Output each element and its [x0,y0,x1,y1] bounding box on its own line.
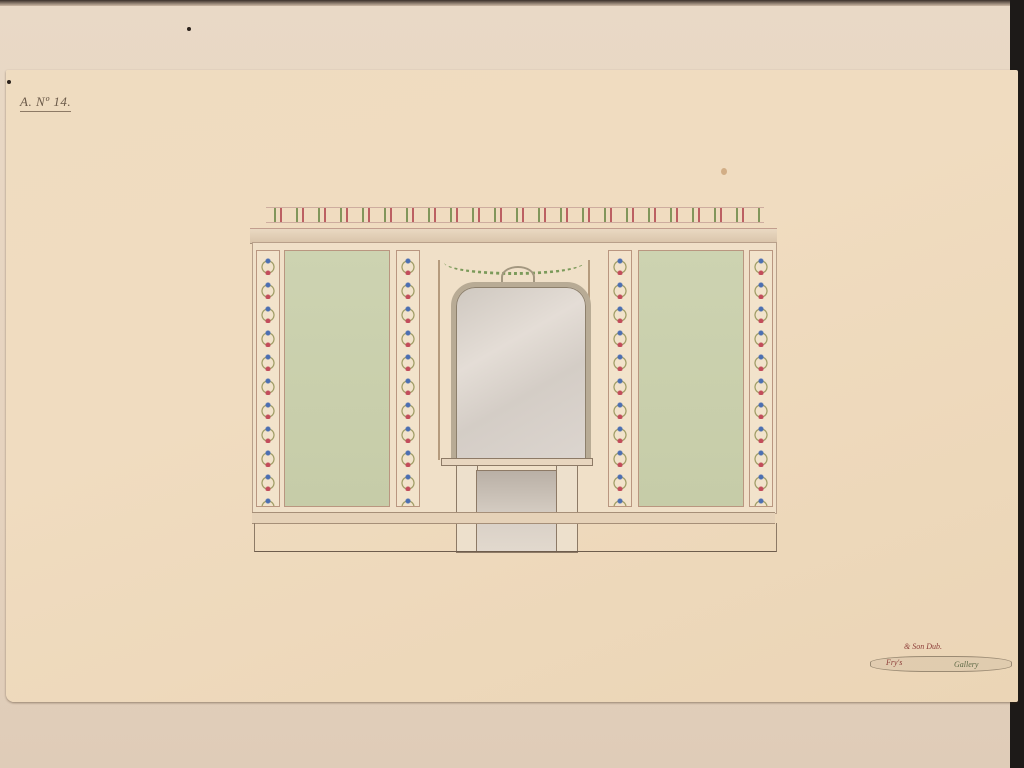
right-floral-strip-inner [608,250,632,507]
skirting-plinth [254,523,777,552]
wall-elevation [246,200,781,555]
floral-frieze [266,207,764,223]
left-floral-strip-outer [256,250,280,507]
overmantel-mirror [451,282,591,464]
catalog-label: A. Nº 14. [20,94,71,112]
signature-right: Gallery [954,660,978,669]
left-ornament-column [438,260,440,460]
signature-left: Fry's [886,658,902,667]
foxing-stain [721,168,727,175]
drawing-sheet: A. Nº 14. & Son Dub. Fry's Gallery [6,70,1018,702]
right-floral-strip-outer [749,250,773,507]
signature-ribbon: & Son Dub. Fry's Gallery [870,642,1010,682]
right-green-panel [638,250,744,507]
left-green-panel [284,250,390,507]
pin-hole [187,27,191,31]
signature-top: & Son Dub. [904,642,942,651]
left-floral-strip-inner [396,250,420,507]
pin-hole [7,80,11,84]
wall-shadow [0,0,1024,6]
